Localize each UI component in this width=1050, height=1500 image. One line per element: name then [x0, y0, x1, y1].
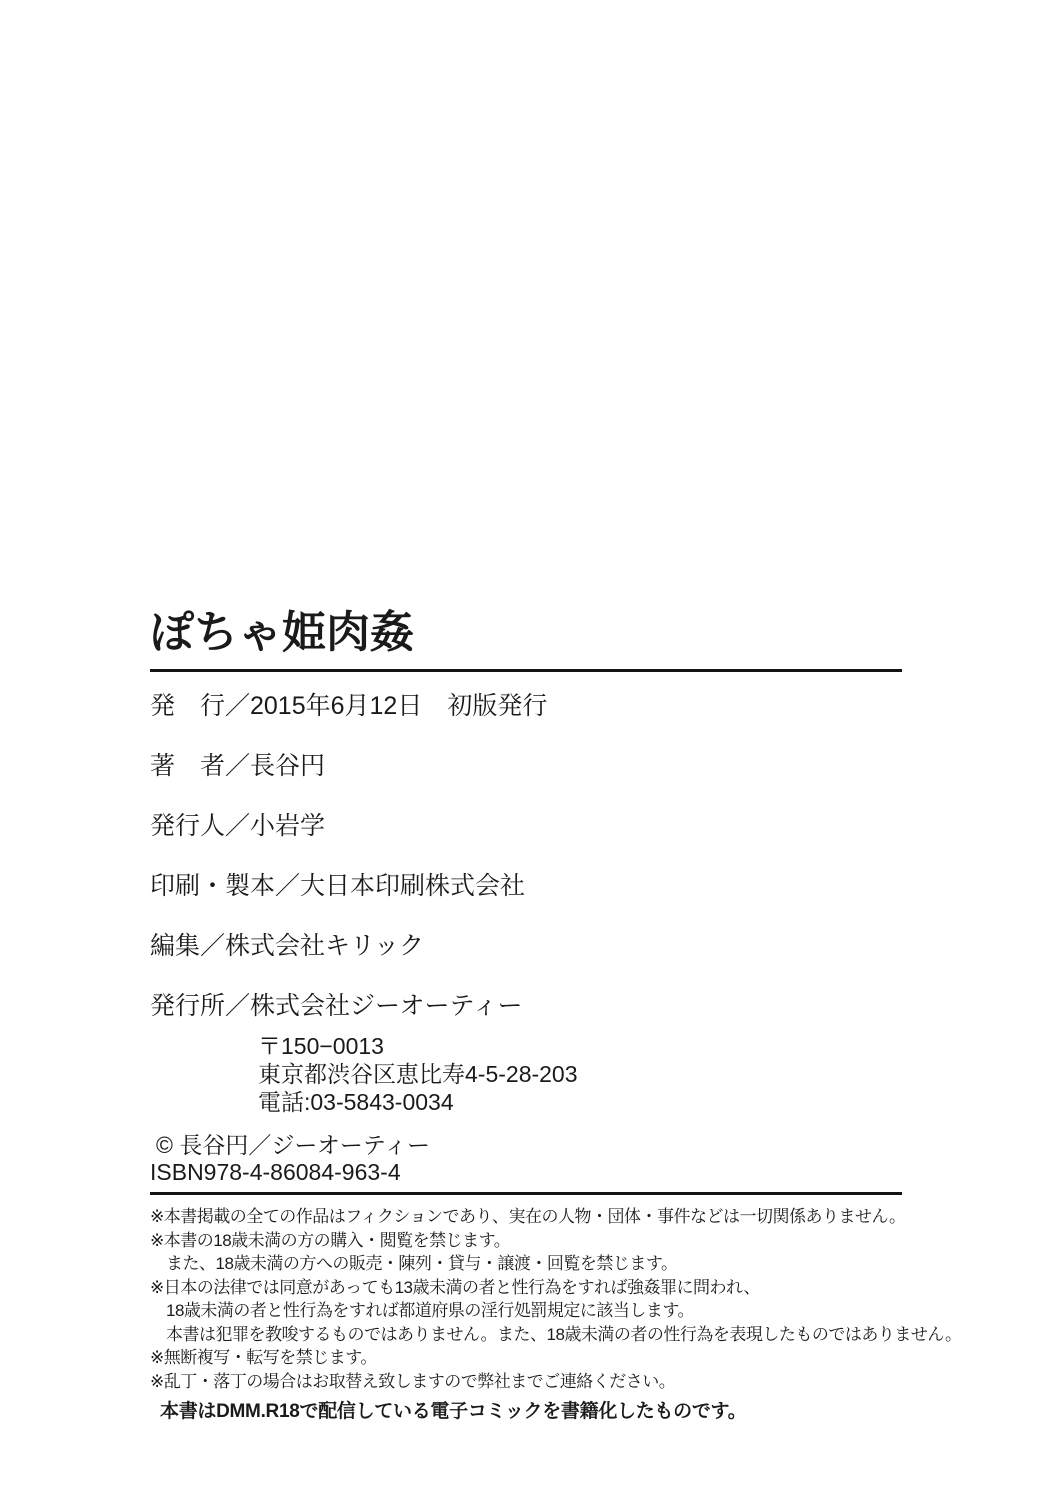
legal-notices: ※本書掲載の全ての作品はフィクションであり、実在の人物・団体・事件などは一切関係… — [150, 1205, 902, 1393]
notices-divider — [150, 1192, 902, 1195]
notice-line: また、18歳未満の方への販売・陳列・貸与・譲渡・回覧を禁じます。 — [150, 1252, 902, 1276]
publisher-address-block: 〒150−0013 東京都渋谷区恵比寿4-5-28-203 電話:03-5843… — [258, 1032, 902, 1116]
author-entry: 著 者／長谷円 — [150, 736, 902, 796]
notice-line: 18歳未満の者と性行為をすれば都道府県の淫行処罰規定に該当します。 — [150, 1299, 902, 1323]
book-title: ぽちゃ姫肉姦 — [150, 606, 902, 660]
colophon-page: ぽちゃ姫肉姦 発 行／2015年6月12日 初版発行 著 者／長谷円 発行人／小… — [0, 0, 1050, 1500]
notice-line: ※本書掲載の全ての作品はフィクションであり、実在の人物・団体・事件などは一切関係… — [150, 1205, 902, 1229]
postal-code: 〒150−0013 — [258, 1032, 902, 1060]
colophon-sheet: ぽちゃ姫肉姦 発 行／2015年6月12日 初版発行 著 者／長谷円 発行人／小… — [150, 606, 902, 1427]
copyright-notice: © 長谷円／ジーオーティー — [150, 1132, 902, 1159]
editing-entry: 編集／株式会社キリック — [150, 916, 902, 976]
notice-line: ※無断複写・転写を禁じます。 — [150, 1346, 902, 1370]
street-address: 東京都渋谷区恵比寿4-5-28-203 — [258, 1060, 902, 1088]
notice-line: ※日本の法律では同意があっても13歳未満の者と性行為をすれば強姦罪に問われ、 — [150, 1276, 902, 1300]
printing-binding-entry: 印刷・製本／大日本印刷株式会社 — [150, 856, 902, 916]
digital-edition-note: 本書はDMM.R18で配信している電子コミックを書籍化したものです。 — [150, 1397, 902, 1427]
copyright-block: © 長谷円／ジーオーティー ISBN978-4-86084-963-4 — [150, 1132, 902, 1186]
title-divider — [150, 669, 902, 672]
colophon-entries: 発 行／2015年6月12日 初版発行 著 者／長谷円 発行人／小岩学 印刷・製… — [150, 676, 902, 1036]
isbn-number: ISBN978-4-86084-963-4 — [150, 1159, 902, 1186]
publisher-person-entry: 発行人／小岩学 — [150, 796, 902, 856]
phone-number: 電話:03-5843-0034 — [258, 1088, 902, 1116]
notice-line: ※本書の18歳未満の方の購入・閲覧を禁じます。 — [150, 1229, 902, 1253]
notice-line: ※乱丁・落丁の場合はお取替え致しますので弊社までご連絡ください。 — [150, 1370, 902, 1394]
publishing-company-entry: 発行所／株式会社ジーオーティー — [150, 976, 902, 1036]
publication-date-entry: 発 行／2015年6月12日 初版発行 — [150, 676, 902, 736]
notice-line: 本書は犯罪を教唆するものではありません。また、18歳未満の者の性行為を表現したも… — [150, 1323, 902, 1347]
